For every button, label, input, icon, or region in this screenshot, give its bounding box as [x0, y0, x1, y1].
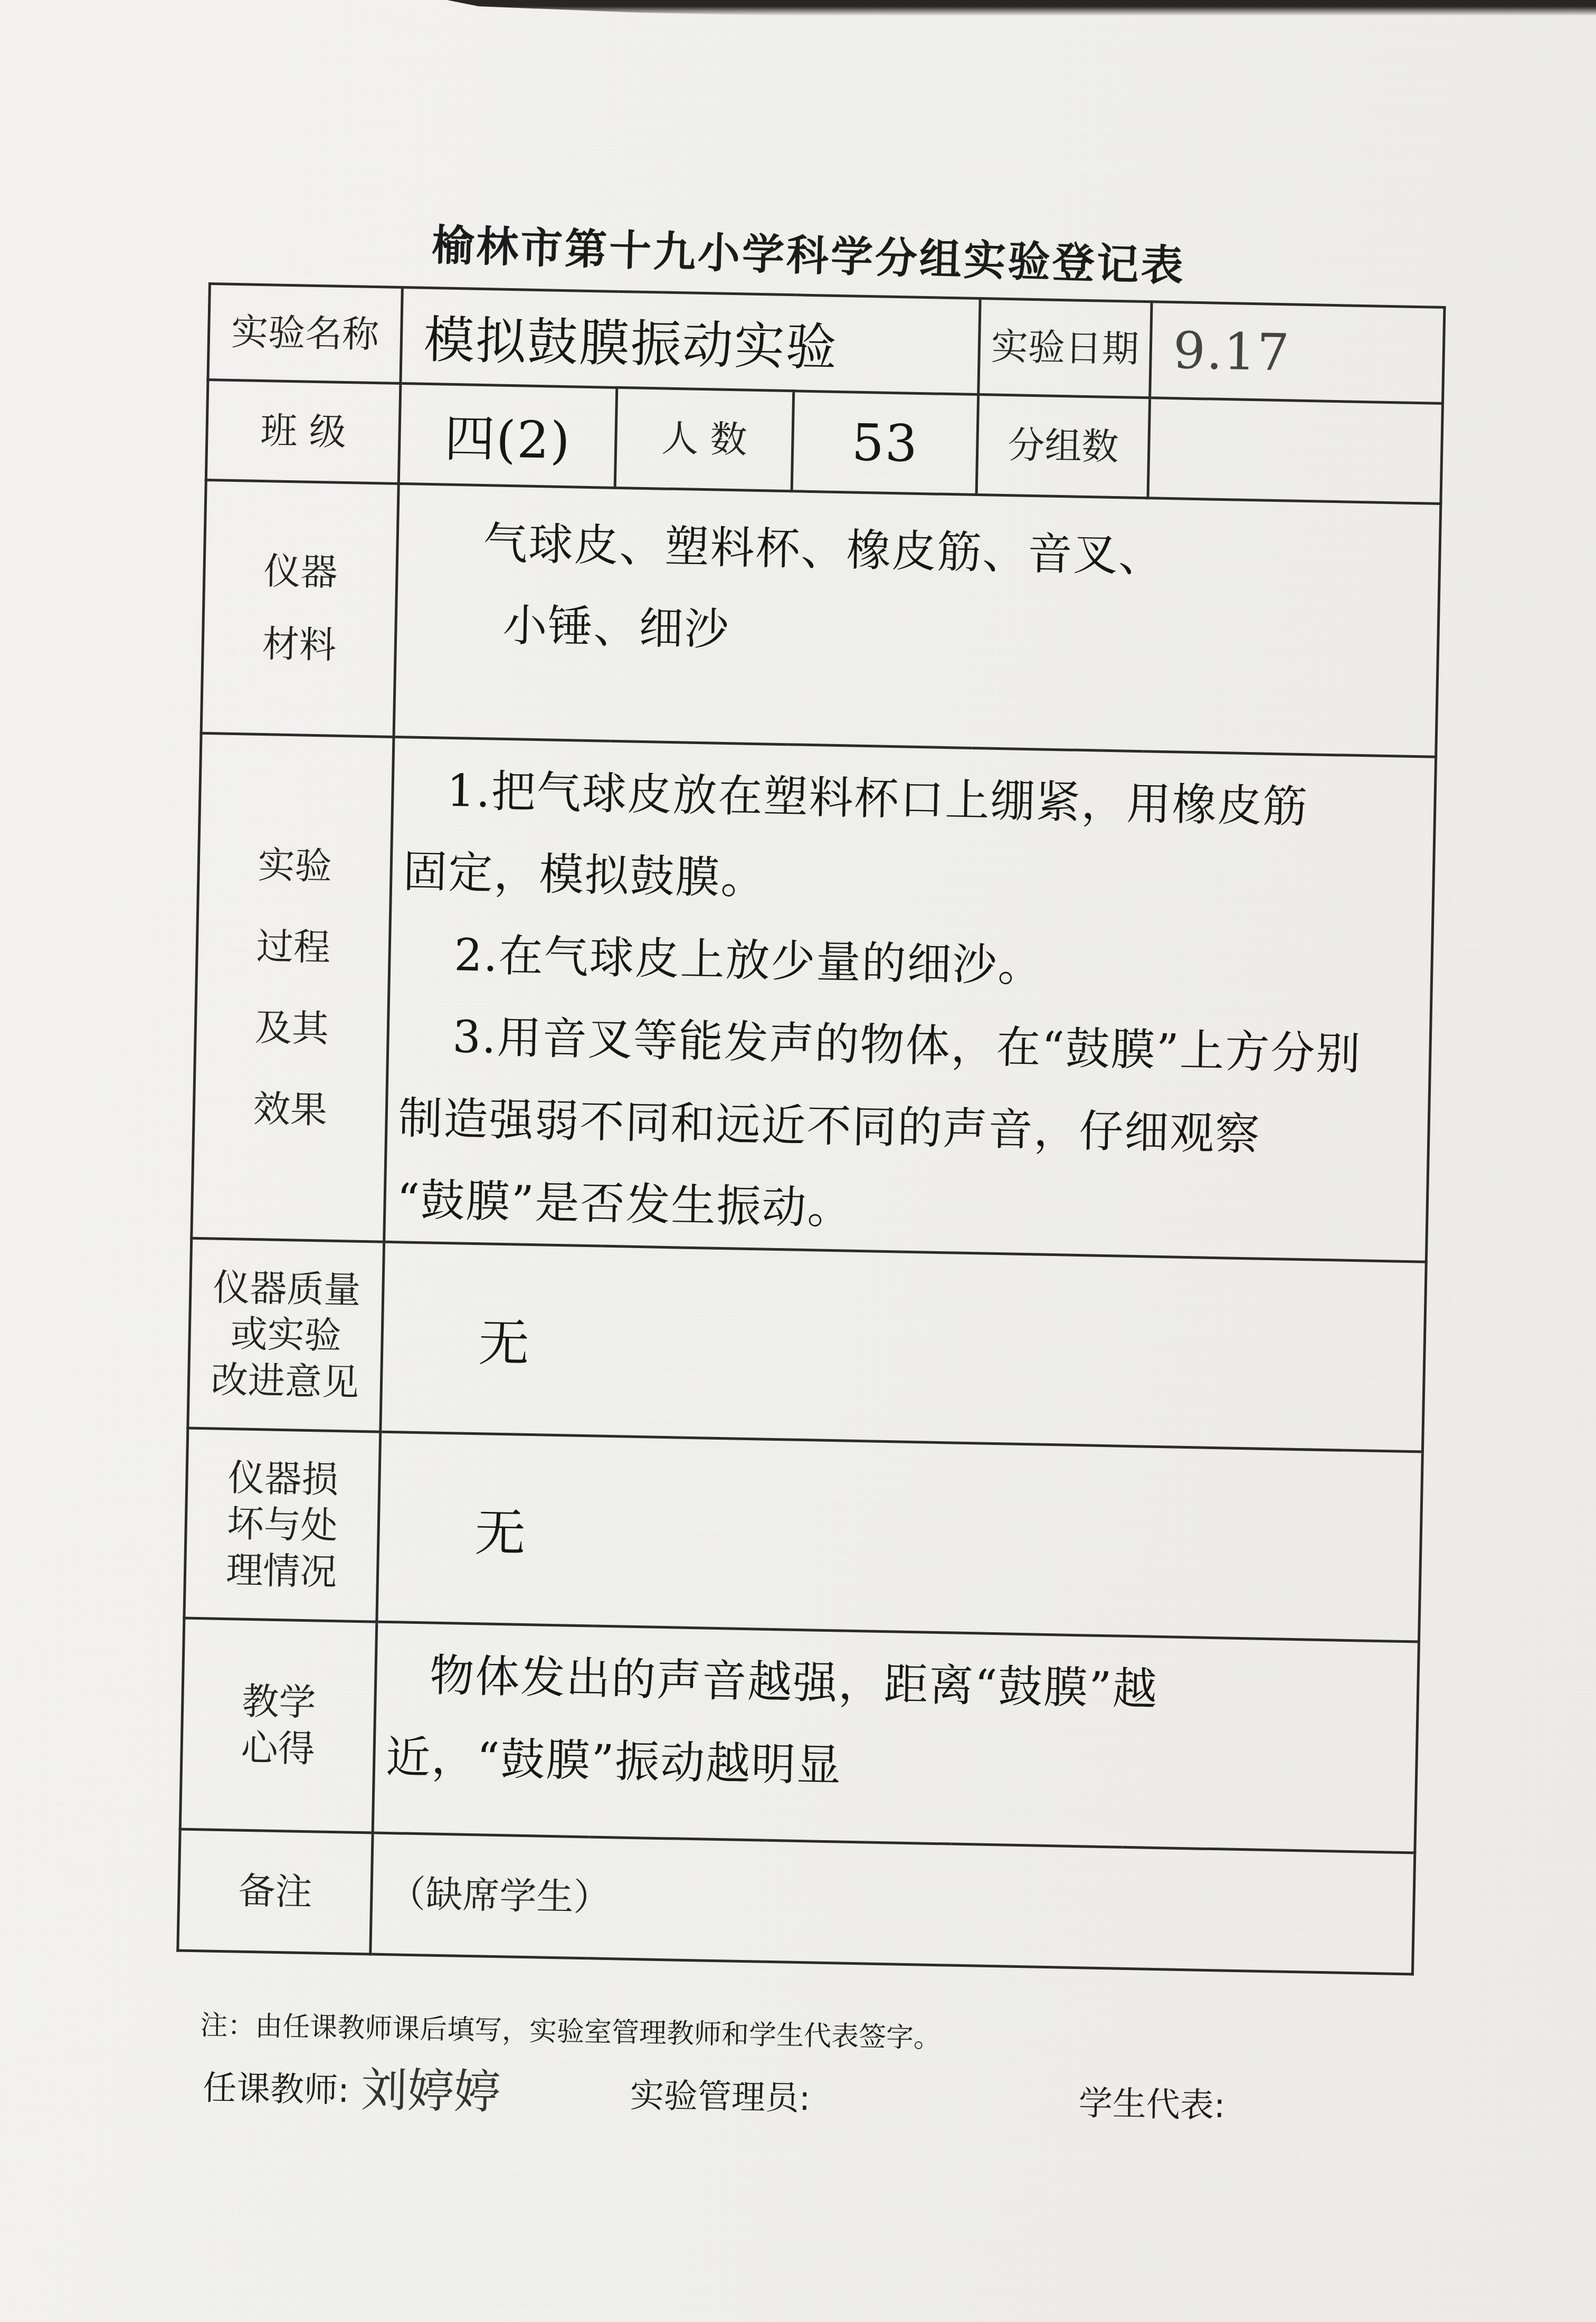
label-line: 过程: [197, 905, 389, 989]
row-process: 实验 过程 及其 效果 1.把气球皮放在塑料杯口上绷紧，用橡皮筋 固定，模拟鼓膜…: [192, 733, 1436, 1262]
process-field[interactable]: 1.把气球皮放在塑料杯口上绷紧，用橡皮筋 固定，模拟鼓膜。 2.在气球皮上放少量…: [384, 737, 1436, 1262]
label-line: 理情况: [186, 1546, 377, 1596]
experiment-date-field[interactable]: 9.17: [1150, 302, 1445, 404]
class-label: 班 级: [206, 380, 401, 484]
label-line: 或实验: [191, 1310, 382, 1360]
lab-admin-label: 实验管理员:: [630, 2068, 811, 2120]
teaching-reflection-field[interactable]: 物体发出的声音越强，距离“鼓膜”越 近，“鼓膜”振动越明显: [373, 1622, 1419, 1853]
label-line: 材料: [204, 620, 395, 669]
experiment-name-label: 实验名称: [208, 284, 402, 384]
label-line: 改进意见: [189, 1356, 381, 1406]
remarks-field[interactable]: （缺席学生）: [370, 1833, 1415, 1974]
row-damage: 仪器损 坏与处 理情况 无: [184, 1428, 1423, 1642]
process-label: 实验 过程 及其 效果: [192, 733, 394, 1242]
group-count-label: 分组数: [976, 395, 1150, 498]
quality-feedback-label: 仪器质量 或实验 改进意见: [188, 1239, 384, 1432]
experiment-date-label: 实验日期: [978, 299, 1152, 398]
materials-label: 仪器 材料: [201, 480, 398, 737]
teacher-label: 任课教师:: [202, 2061, 349, 2112]
label-line: 实验: [199, 823, 391, 908]
teaching-reflection-label: 教学 心得: [180, 1618, 377, 1833]
label-line: 及其: [196, 986, 387, 1071]
label-line: 心得: [183, 1724, 374, 1773]
quality-feedback-field[interactable]: 无: [381, 1242, 1427, 1452]
label-line: 教学: [184, 1678, 375, 1727]
remarks-label: 备注: [178, 1829, 373, 1954]
row-quality-feedback: 仪器质量 或实验 改进意见 无: [188, 1239, 1427, 1452]
experiment-registration-form: 实验名称 模拟鼓膜振动实验 实验日期 9.17 班 级 四(2) 人 数 53 …: [176, 282, 1443, 1976]
row-remarks: 备注 （缺席学生）: [178, 1829, 1415, 1974]
experiment-name-field[interactable]: 模拟鼓膜振动实验: [401, 288, 980, 395]
label-line: 仪器损: [188, 1454, 379, 1503]
damage-field[interactable]: 无: [377, 1432, 1423, 1642]
damage-label: 仪器损 坏与处 理情况: [184, 1428, 381, 1622]
label-line: 仪器质量: [192, 1264, 383, 1314]
student-rep-label: 学生代表:: [1078, 2076, 1225, 2127]
row-materials: 仪器 材料 气球皮、塑料杯、橡皮筋、音叉、 小锤、细沙: [201, 480, 1441, 757]
teacher-signature[interactable]: 刘婷婷: [360, 2053, 501, 2122]
materials-field[interactable]: 气球皮、塑料杯、橡皮筋、音叉、 小锤、细沙: [394, 483, 1441, 757]
headcount-field[interactable]: 53: [792, 391, 978, 495]
row-teaching-reflection: 教学 心得 物体发出的声音越强，距离“鼓膜”越 近，“鼓膜”振动越明显: [180, 1618, 1419, 1853]
label-line: 坏与处: [187, 1500, 378, 1550]
group-count-field[interactable]: [1148, 398, 1443, 504]
label-line: 仪器: [205, 547, 396, 597]
label-line: 效果: [194, 1067, 386, 1152]
class-field[interactable]: 四(2): [398, 384, 617, 488]
headcount-label: 人 数: [615, 387, 794, 491]
